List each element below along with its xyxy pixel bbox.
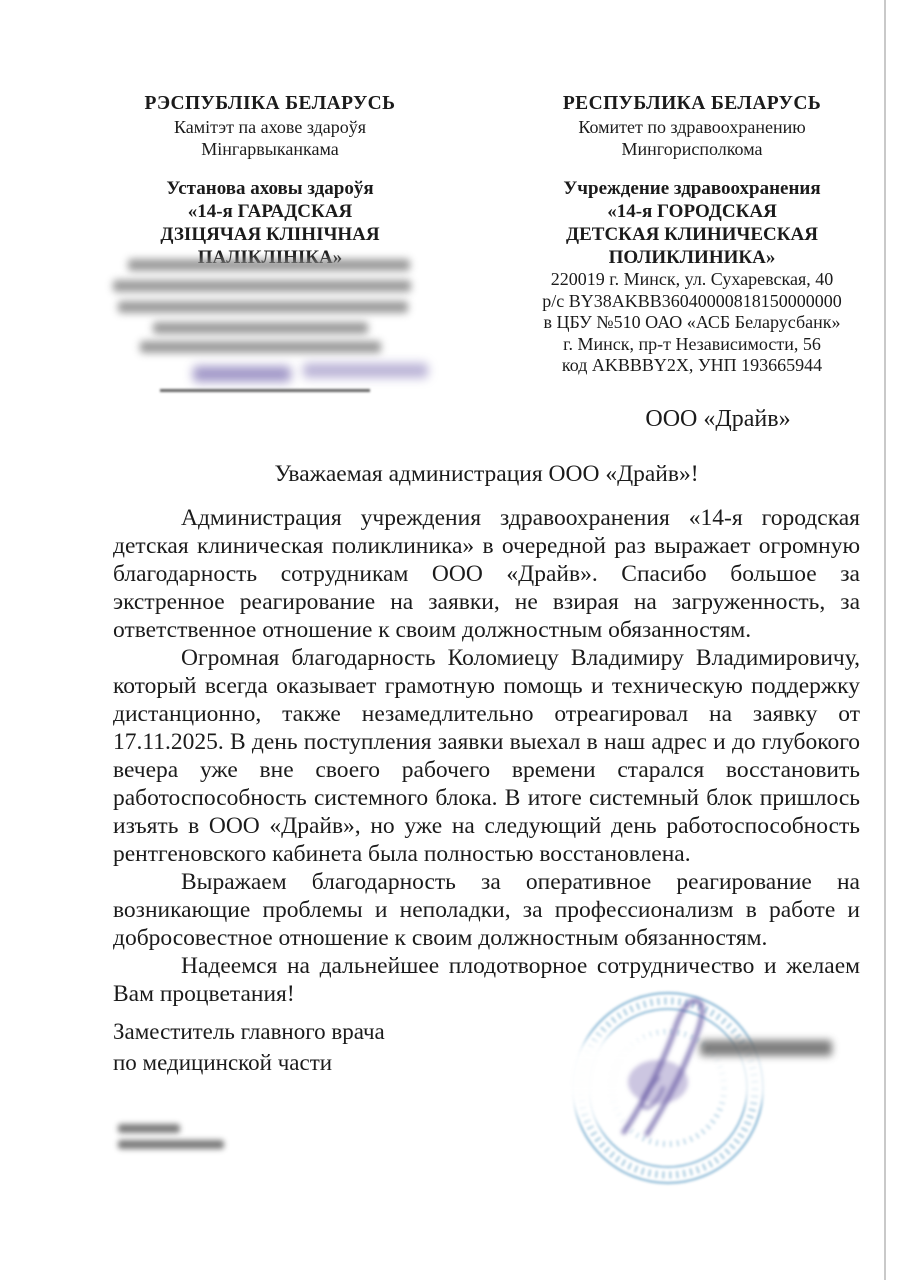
org-type-by: Установа аховы здароўя bbox=[103, 177, 437, 200]
country-name-ru: РЕСПУБЛИКА БЕЛАРУСЬ bbox=[508, 92, 876, 116]
date-underline bbox=[160, 389, 370, 392]
redacted-signatory-name bbox=[700, 1040, 832, 1056]
letter-body: Администрация учреждения здравоохранения… bbox=[113, 504, 860, 1008]
org-name-line2-by: ДЗІЦЯЧАЯ КЛІНІЧНАЯ bbox=[103, 223, 437, 246]
redacted-handwritten-date bbox=[193, 366, 291, 382]
paragraph-gratitude-team: Выражаем благодарность за оперативное ре… bbox=[113, 868, 860, 952]
bank-address: г. Минск, пр-т Независимости, 56 bbox=[508, 334, 876, 356]
postal-address: 220019 г. Минск, ул. Сухаревская, 40 bbox=[508, 269, 876, 291]
bank-code-unp: код AKBBBY2X, УНП 193665944 bbox=[508, 355, 876, 377]
redacted-address-line bbox=[153, 322, 368, 334]
country-name-by: РЭСПУБЛІКА БЕЛАРУСЬ bbox=[103, 92, 437, 116]
committee-line2-ru: Мингорисполкома bbox=[508, 138, 876, 160]
round-seal-stamp bbox=[562, 982, 774, 1194]
letterhead-right-russian: РЕСПУБЛИКА БЕЛАРУСЬ Комитет по здравоохр… bbox=[508, 92, 876, 377]
org-name-line1-ru: «14-я ГОРОДСКАЯ bbox=[508, 200, 876, 223]
org-name-line2-ru: ДЕТСКАЯ КЛИНИЧЕСКАЯ bbox=[508, 223, 876, 246]
scanned-letter-page: РЭСПУБЛІКА БЕЛАРУСЬ Камітэт па ахове зда… bbox=[0, 0, 906, 1280]
redacted-footer-line bbox=[118, 1140, 224, 1149]
org-type-ru: Учреждение здравоохранения bbox=[508, 177, 876, 200]
org-name-block-by: Установа аховы здароўя «14-я ГАРАДСКАЯ Д… bbox=[103, 177, 437, 269]
bank-account: р/с BY38AKBB36040000818150000000 bbox=[508, 291, 876, 313]
letterhead-left-belarusian: РЭСПУБЛІКА БЕЛАРУСЬ Камітэт па ахове зда… bbox=[103, 92, 437, 269]
committee-line1-ru: Комитет по здравоохранению bbox=[508, 116, 876, 138]
signatory-title-line2: по медицинской части bbox=[113, 1047, 385, 1078]
redacted-footer-line bbox=[118, 1124, 180, 1133]
salutation-line: Уважаемая администрация ООО «Драйв»! bbox=[113, 461, 860, 488]
signatory-title-block: Заместитель главного врача по медицинско… bbox=[113, 1016, 385, 1078]
bank-name: в ЦБУ №510 ОАО «АСБ Беларусбанк» bbox=[508, 312, 876, 334]
org-name-block-ru: Учреждение здравоохранения «14-я ГОРОДСК… bbox=[508, 177, 876, 269]
recipient-name: ООО «Драйв» bbox=[598, 406, 838, 433]
org-name-line1-by: «14-я ГАРАДСКАЯ bbox=[103, 200, 437, 223]
committee-line1-by: Камітэт па ахове здароўя bbox=[103, 116, 437, 138]
redacted-handwritten-note bbox=[303, 363, 428, 378]
seal-stamp-graphic bbox=[562, 982, 774, 1194]
scan-edge-line bbox=[884, 0, 886, 1280]
org-name-line3-ru: ПОЛИКЛИНИКА» bbox=[508, 246, 876, 269]
committee-line2-by: Мінгарвыканкама bbox=[103, 138, 437, 160]
paragraph-gratitude-general: Администрация учреждения здравоохранения… bbox=[113, 504, 860, 644]
redacted-address-line bbox=[118, 301, 408, 313]
paragraph-gratitude-kolomiec: Огромная благодарность Коломиецу Владими… bbox=[113, 644, 860, 868]
signatory-title-line1: Заместитель главного врача bbox=[113, 1016, 385, 1047]
redacted-address-line bbox=[140, 341, 381, 353]
redacted-address-line bbox=[113, 280, 411, 292]
redacted-address-line bbox=[128, 259, 410, 271]
